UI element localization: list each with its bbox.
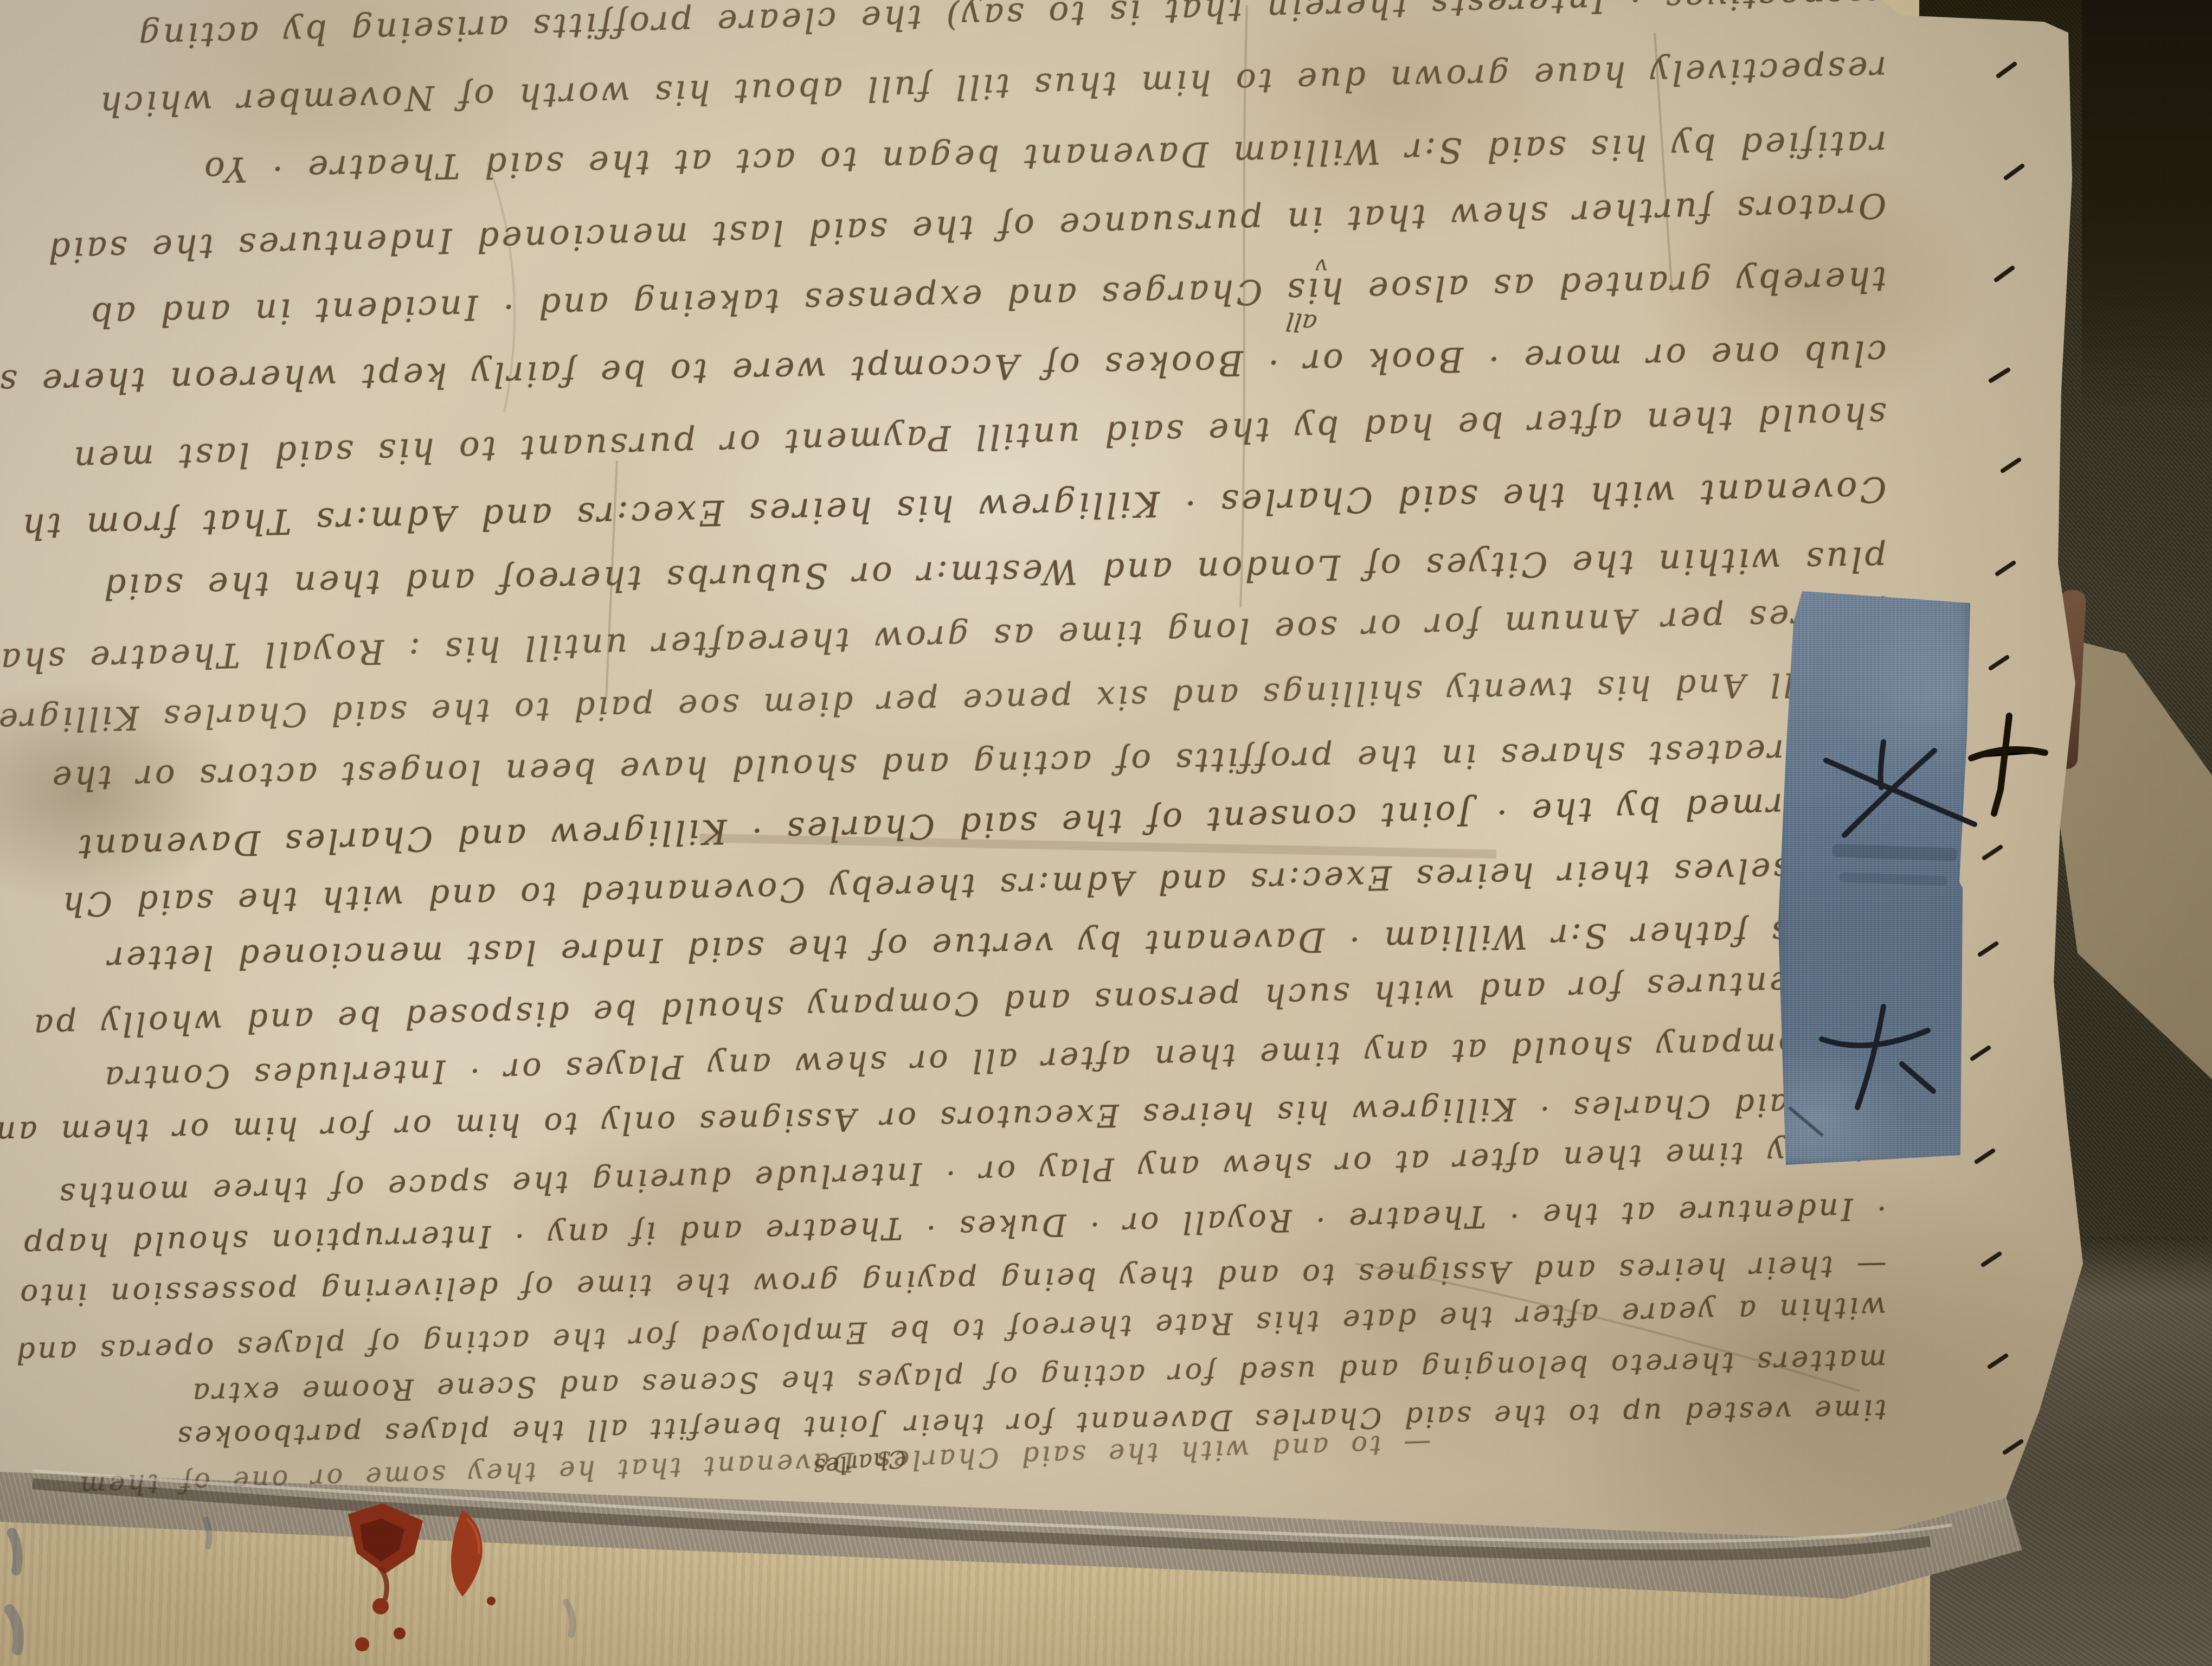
photo-stage: respectives · Interests therein that is … [0,0,2212,1666]
photo-vignette [0,0,2212,1666]
